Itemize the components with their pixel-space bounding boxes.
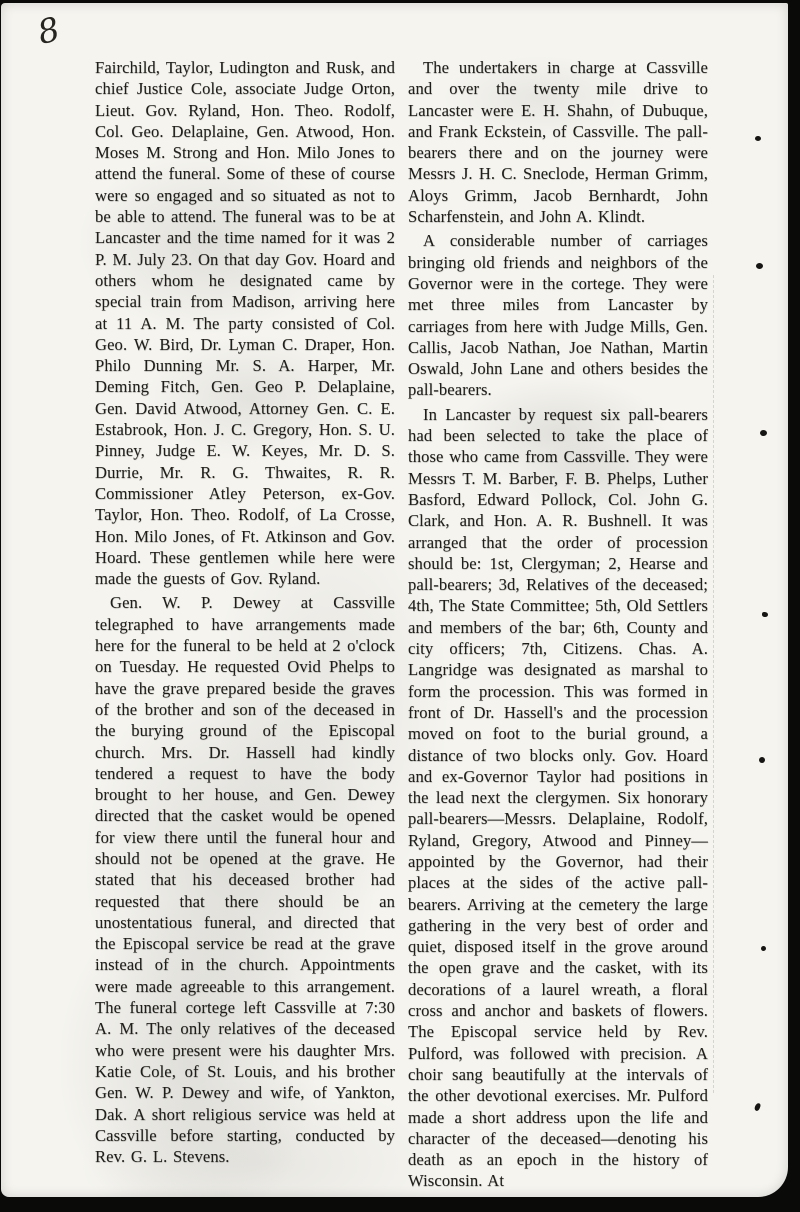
- paragraph: Gen. W. P. Dewey at Cassville telegraphe…: [95, 592, 395, 1167]
- newspaper-page: 8 Fairchild, Taylor, Ludington and Rusk,…: [1, 3, 788, 1197]
- handwritten-page-number: 8: [34, 9, 64, 52]
- ink-dot: [754, 1102, 761, 1111]
- right-column: The undertakers in charge at Cassville a…: [408, 57, 708, 1192]
- paragraph: In Lancaster by request six pall-bearers…: [408, 404, 708, 1192]
- ink-dot: [761, 946, 766, 951]
- ink-dot: [756, 263, 763, 269]
- ink-dot: [760, 430, 767, 436]
- ink-dot: [762, 612, 768, 617]
- scanned-page-background: { "document": { "page_number": "8", "col…: [0, 0, 800, 1212]
- ink-dot: [755, 136, 761, 141]
- article-columns: Fairchild, Taylor, Ludington and Rusk, a…: [95, 57, 709, 1192]
- left-column: Fairchild, Taylor, Ludington and Rusk, a…: [95, 57, 395, 1192]
- ink-dot: [759, 757, 765, 763]
- paragraph: Fairchild, Taylor, Ludington and Rusk, a…: [95, 57, 395, 589]
- fold-line-mark: [713, 275, 714, 1093]
- paragraph: The undertakers in charge at Cassville a…: [408, 57, 708, 227]
- paragraph: A considerable number of carriages bring…: [408, 230, 708, 400]
